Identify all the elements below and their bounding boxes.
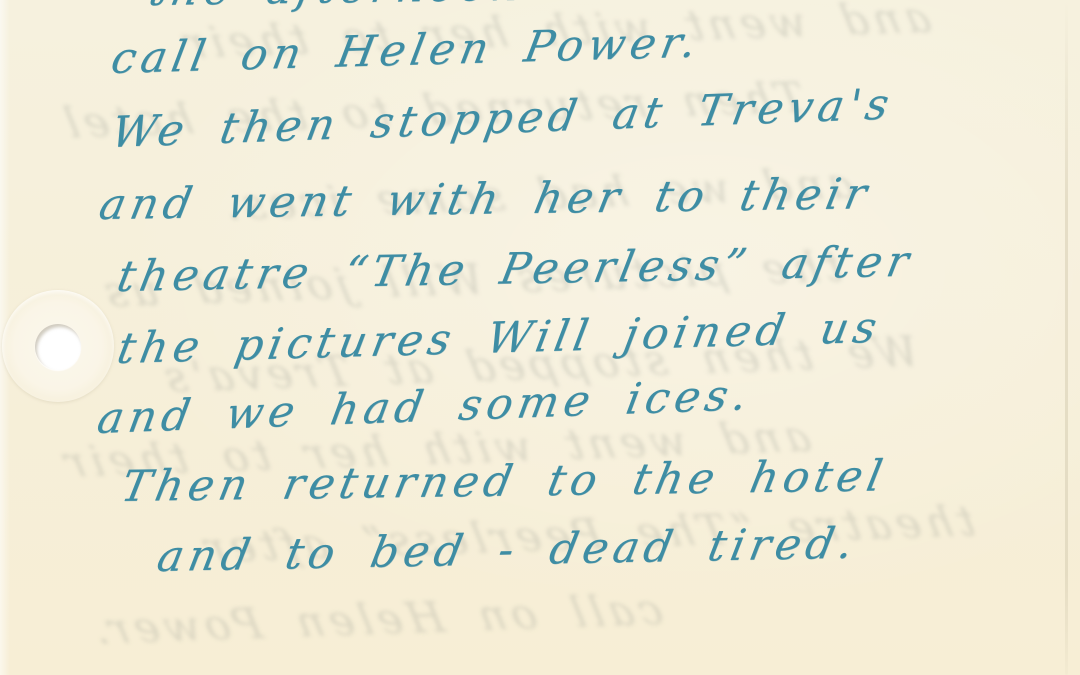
handwriting-line-4: and went with her to their — [95, 169, 876, 230]
handwriting-line-5: theatre “The Peerless” after — [113, 237, 918, 302]
handwriting-line-3: We then stopped at Treva's — [108, 80, 898, 158]
handwriting-line-2: call on Helen Power. — [107, 18, 705, 84]
handwriting-line-7: and we had some ices. — [94, 370, 756, 444]
handwriting-line-1: the afternoon went to — [145, 0, 775, 16]
handwriting-line-8: Then returned to the hotel — [117, 451, 891, 512]
showthrough-line: call on Helen Power. — [85, 585, 667, 654]
handwriting-line-9: and to bed - dead tired. — [153, 519, 862, 582]
paper-edge-right — [1065, 0, 1068, 675]
punch-hole — [35, 324, 81, 370]
diary-page: and went with her to their Then returned… — [0, 0, 1080, 675]
handwriting-line-6: the pictures Will joined us — [113, 303, 885, 374]
